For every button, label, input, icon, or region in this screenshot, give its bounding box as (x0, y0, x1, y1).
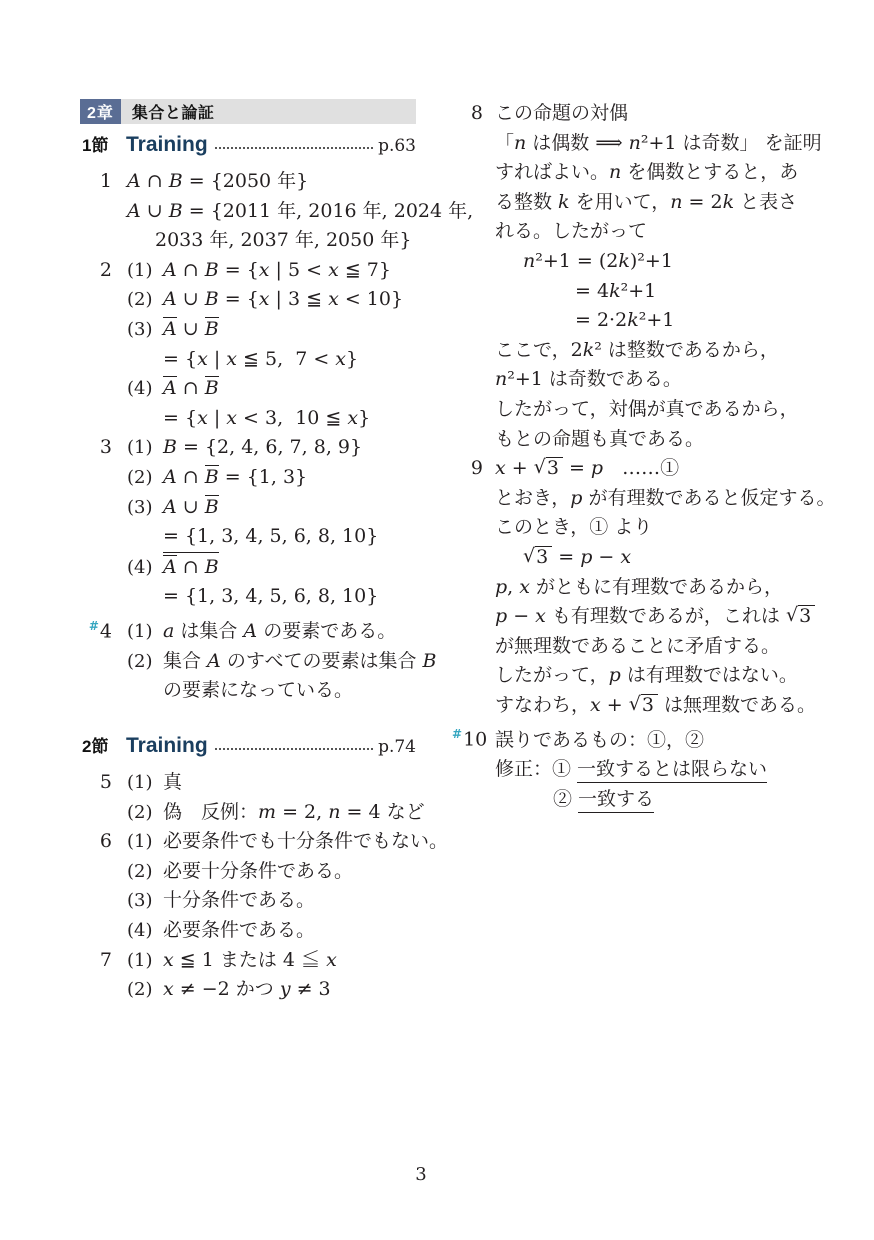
item-number: 3 (80, 433, 127, 463)
page-ref: p.74 (378, 737, 416, 757)
item-part-label: (3) (127, 493, 163, 523)
answer-line: すなわち，x + √3 は無理数である。 (462, 691, 832, 721)
chapter-header: 2章 集合と論証 (80, 99, 416, 124)
item-part-label: (4) (127, 553, 163, 583)
answer-line: √3 = p − x (462, 543, 832, 573)
item-part-label: (1) (127, 433, 163, 463)
item-part-label: (2) (127, 798, 163, 828)
answer-line: すればよい。n を偶数とすると，あ (462, 158, 832, 188)
answer-text: x ≠ −2 かつ y ≠ 3 (163, 975, 331, 1005)
hash-mark: # (452, 727, 462, 741)
item-part-label: (1) (127, 768, 163, 798)
item-part-label: (1) (127, 617, 163, 647)
answer-line: したがって，p は有理数ではない。 (462, 661, 832, 691)
answer-line: (2)集合 A のすべての要素は集合 B (80, 647, 416, 677)
answer-text: したがって，p は有理数ではない。 (495, 661, 798, 691)
answer-text: A ∩ B (163, 374, 219, 404)
item-part-label: (2) (127, 975, 163, 1005)
answer-line: る整数 k を用いて，n = 2k と表さ (462, 188, 832, 218)
answer-text: A ∪ B (163, 493, 219, 523)
answer-line: p − x も有理数であるが，これは √3 (462, 602, 832, 632)
item-number: 8 (462, 99, 495, 129)
answer-line: 2(1)A ∩ B = {x | 5 < x ≦ 7} (80, 256, 416, 286)
answer-text: x ≦ 1 または 4 ≦ x (163, 946, 337, 976)
answer-line: (4)A ∩ B (80, 552, 416, 583)
section-label: 2節 (82, 732, 126, 757)
answer-text: A ∩ B = {2050 年} (127, 167, 308, 197)
dotted-leader (215, 748, 373, 750)
answer-text: B = {2, 4, 6, 7, 8, 9} (163, 433, 362, 463)
answer-text: 必要条件でも十分条件でもない。 (163, 827, 448, 857)
answer-text: = {x | x < 3, 10 ≦ x} (163, 404, 370, 434)
item-number: 5 (80, 768, 127, 798)
answer-line: れる。したがって (462, 217, 832, 247)
answer-text: もとの命題も真である。 (495, 425, 704, 455)
overline-group: A ∩ B (163, 552, 219, 578)
answer-line: (2)x ≠ −2 かつ y ≠ 3 (80, 975, 416, 1005)
answer-text: る整数 k を用いて，n = 2k と表さ (495, 188, 797, 218)
answer-line: = 4k²+1 (462, 277, 832, 307)
item-part-label: (3) (127, 315, 163, 345)
answer-text: したがって，対偶が真であるから， (495, 395, 799, 425)
dotted-leader (215, 147, 373, 149)
right-answer-list: 8この命題の対偶「n は偶数 ⟹ n²+1 は奇数」 を証明すればよい。n を偶… (462, 99, 832, 815)
left-answer-list: 1節Trainingp.631A ∩ B = {2050 年}A ∪ B = {… (80, 131, 416, 1005)
answer-line: A ∪ B = {2011 年, 2016 年, 2024 年, (80, 197, 416, 227)
answer-line: 5(1)真 (80, 768, 416, 798)
left-column: 2章 集合と論証 1節Trainingp.631A ∩ B = {2050 年}… (80, 99, 416, 1005)
right-column: 8この命題の対偶「n は偶数 ⟹ n²+1 は奇数」 を証明すればよい。n を偶… (462, 99, 832, 815)
chapter-number-badge: 2章 (80, 99, 121, 124)
answer-line: 1A ∩ B = {2050 年} (80, 167, 416, 197)
section-header: 2節Trainingp.74 (82, 732, 416, 762)
section-label: 1節 (82, 131, 126, 156)
item-part-label: (1) (127, 256, 163, 286)
answer-text: 誤りであるもの：①，② (495, 726, 704, 756)
section-header: 1節Trainingp.63 (82, 131, 416, 161)
answer-line: n²+1 = (2k)²+1 (462, 247, 832, 277)
answer-text: A ∪ B = {2011 年, 2016 年, 2024 年, (127, 197, 473, 227)
answer-text: A ∩ B = {x | 5 < x ≦ 7} (163, 256, 391, 286)
answer-line: ② 一致する (462, 785, 832, 815)
section-title: Training (126, 133, 208, 157)
answer-text: n²+1 = (2k)²+1 (523, 247, 673, 277)
item-number: 6 (80, 827, 127, 857)
answer-line: とおき，p が有理数であると仮定する。 (462, 484, 832, 514)
page-ref: p.63 (378, 136, 416, 156)
answer-line: (3)A ∪ B (80, 315, 416, 345)
answer-line: が無理数であることに矛盾する。 (462, 632, 832, 662)
answer-line: (2)必要十分条件である。 (80, 857, 416, 887)
answer-line: 9x + √3 = p ……① (462, 454, 832, 484)
answer-line: (3)十分条件である。 (80, 886, 416, 916)
answer-text: の要素になっている。 (163, 676, 353, 706)
answer-text: 偽 反例：m = 2, n = 4 など (163, 798, 425, 828)
answer-text: 十分条件である。 (163, 886, 315, 916)
item-number: 1 (80, 167, 127, 197)
answer-line: = {x | x ≦ 5, 7 < x} (80, 345, 416, 375)
answer-line: #4(1)a は集合 A の要素である。 (80, 612, 416, 647)
item-part-label: (2) (127, 857, 163, 887)
answer-text: このとき，① より (495, 513, 652, 543)
answer-line: = {1, 3, 4, 5, 6, 8, 10} (80, 582, 416, 612)
answer-text: A ∪ B (163, 315, 219, 345)
answer-text: 必要十分条件である。 (163, 857, 353, 887)
answer-line: 2033 年, 2037 年, 2050 年} (80, 226, 416, 256)
answer-line: 8この命題の対偶 (462, 99, 832, 129)
answer-line: = {x | x < 3, 10 ≦ x} (80, 404, 416, 434)
answer-line: n²+1 は奇数である。 (462, 365, 832, 395)
answer-text: この命題の対偶 (495, 99, 628, 129)
section-title: Training (126, 734, 208, 758)
answer-text: れる。したがって (495, 217, 647, 247)
item-part-label: (2) (127, 285, 163, 315)
answer-text: p, x がともに有理数であるから， (495, 573, 783, 603)
answer-text: = 2·2k²+1 (575, 306, 674, 336)
radical-sign: √ (534, 453, 546, 483)
answer-text: = {x | x ≦ 5, 7 < x} (163, 345, 358, 375)
sqrt-expression: √3 (534, 454, 563, 484)
answer-line: (3)A ∪ B (80, 493, 416, 523)
answer-text: とおき，p が有理数であると仮定する。 (495, 484, 835, 514)
answer-line: 修正：① 一致するとは限らない (462, 755, 832, 785)
radical-sign: √ (786, 601, 798, 631)
item-part-label: (1) (127, 827, 163, 857)
item-part-label: (3) (127, 886, 163, 916)
answer-text: 必要条件である。 (163, 916, 315, 946)
answer-text: A ∪ B = {x | 3 ≦ x < 10} (163, 285, 403, 315)
answer-text: 「n は偶数 ⟹ n²+1 は奇数」 を証明 (495, 129, 822, 159)
answer-line: したがって，対偶が真であるから， (462, 395, 832, 425)
item-part-label: (1) (127, 946, 163, 976)
answer-line: (4)必要条件である。 (80, 916, 416, 946)
answer-line: (2)A ∩ B = {1, 3} (80, 463, 416, 493)
radical-sign: √ (523, 542, 535, 572)
answer-text: √3 = p − x (523, 543, 631, 573)
answer-line: 「n は偶数 ⟹ n²+1 は奇数」 を証明 (462, 129, 832, 159)
answer-line: の要素になっている。 (80, 676, 416, 706)
answer-line: #10誤りであるもの：①，② (462, 720, 832, 755)
answer-line: p, x がともに有理数であるから， (462, 573, 832, 603)
answer-text: = {1, 3, 4, 5, 6, 8, 10} (163, 522, 378, 552)
answer-line: このとき，① より (462, 513, 832, 543)
item-number: #10 (462, 720, 495, 755)
answer-text: 集合 A のすべての要素は集合 B (163, 647, 436, 677)
answer-text: 真 (163, 768, 182, 798)
sqrt-expression: √3 (786, 602, 815, 632)
answer-text: 2033 年, 2037 年, 2050 年} (155, 226, 411, 256)
answer-text: ここで，2k² は整数であるから， (495, 336, 779, 366)
answer-text: p − x も有理数であるが，これは √3 (495, 602, 815, 632)
answer-text: = {1, 3, 4, 5, 6, 8, 10} (163, 582, 378, 612)
chapter-title: 集合と論証 (132, 100, 215, 123)
answer-text: が無理数であることに矛盾する。 (495, 632, 780, 662)
answer-text: ② 一致する (553, 785, 654, 815)
answer-text: = 4k²+1 (575, 277, 656, 307)
item-number: 2 (80, 256, 127, 286)
answer-text: n²+1 は奇数である。 (495, 365, 682, 395)
answer-line: ここで，2k² は整数であるから， (462, 336, 832, 366)
radical-sign: √ (629, 690, 641, 720)
page-number: 3 (406, 1164, 436, 1185)
answer-line: = 2·2k²+1 (462, 306, 832, 336)
item-part-label: (4) (127, 374, 163, 404)
answer-text: すればよい。n を偶数とすると，あ (495, 158, 798, 188)
item-part-label: (2) (127, 463, 163, 493)
item-number: #4 (80, 612, 127, 647)
answer-text: a は集合 A の要素である。 (163, 617, 396, 647)
answer-line: 6(1)必要条件でも十分条件でもない。 (80, 827, 416, 857)
answer-line: = {1, 3, 4, 5, 6, 8, 10} (80, 522, 416, 552)
item-number: 7 (80, 946, 127, 976)
answer-text: すなわち，x + √3 は無理数である。 (495, 691, 816, 721)
item-part-label: (4) (127, 916, 163, 946)
sqrt-expression: √3 (629, 691, 658, 721)
item-part-label: (2) (127, 647, 163, 677)
answer-text: A ∩ B = {1, 3} (163, 463, 307, 493)
item-number: 9 (462, 454, 495, 484)
hash-mark: # (89, 619, 99, 633)
answer-line: もとの命題も真である。 (462, 425, 832, 455)
sqrt-expression: √3 (523, 543, 552, 573)
answer-text: 修正：① 一致するとは限らない (495, 755, 767, 785)
answer-line: 7(1)x ≦ 1 または 4 ≦ x (80, 946, 416, 976)
answer-text: x + √3 = p ……① (495, 454, 679, 484)
answer-line: (4)A ∩ B (80, 374, 416, 404)
answer-page: 2章 集合と論証 1節Trainingp.631A ∩ B = {2050 年}… (0, 0, 874, 1240)
answer-line: (2)偽 反例：m = 2, n = 4 など (80, 798, 416, 828)
answer-line: 3(1)B = {2, 4, 6, 7, 8, 9} (80, 433, 416, 463)
answer-line: (2)A ∪ B = {x | 3 ≦ x < 10} (80, 285, 416, 315)
answer-text: A ∩ B (163, 552, 219, 583)
